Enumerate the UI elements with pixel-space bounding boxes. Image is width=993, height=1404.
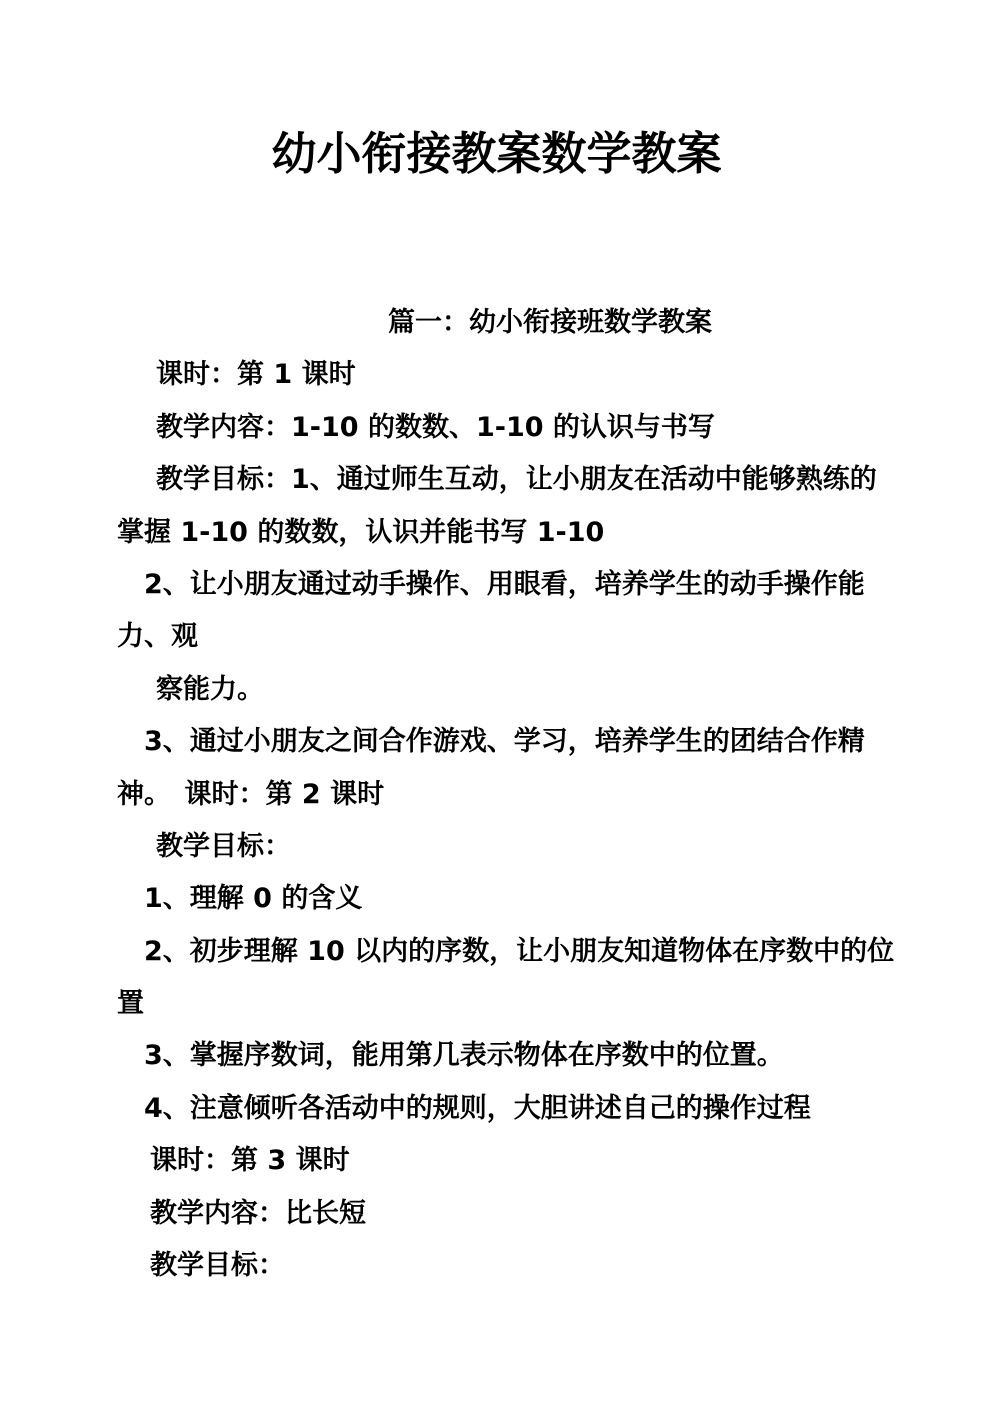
text-line: 教学目标： bbox=[117, 821, 927, 873]
text-line: 察能力。 bbox=[117, 664, 927, 716]
text-line: 教学目标： bbox=[117, 1240, 927, 1292]
document-page: 幼小衔接教案数学教案 篇一：幼小衔接班数学教案课时：第 1 课时教学内容：1-1… bbox=[0, 0, 993, 1404]
text-line: 3、通过小朋友之间合作游戏、学习，培养学生的团结合作精 bbox=[117, 716, 927, 768]
text-line: 教学内容：1-10 的数数、1-10 的认识与书写 bbox=[117, 402, 927, 454]
text-line: 教学内容：比长短 bbox=[117, 1188, 927, 1240]
text-line: 置 bbox=[117, 978, 927, 1030]
document-body: 篇一：幼小衔接班数学教案课时：第 1 课时教学内容：1-10 的数数、1-10 … bbox=[117, 297, 927, 1292]
text-line: 课时：第 3 课时 bbox=[117, 1135, 927, 1187]
text-line: 3、掌握序数词，能用第几表示物体在序数中的位置。 bbox=[117, 1030, 927, 1082]
text-line: 篇一：幼小衔接班数学教案 bbox=[117, 297, 927, 349]
text-line: 神。 课时：第 2 课时 bbox=[117, 769, 927, 821]
text-line: 教学目标：1、通过师生互动，让小朋友在活动中能够熟练的 bbox=[117, 454, 927, 506]
text-line: 1、理解 0 的含义 bbox=[117, 873, 927, 925]
text-line: 掌握 1-10 的数数，认识并能书写 1-10 bbox=[117, 507, 927, 559]
text-line: 4、注意倾听各活动中的规则，大胆讲述自己的操作过程 bbox=[117, 1083, 927, 1135]
text-line: 力、观 bbox=[117, 611, 927, 663]
document-title: 幼小衔接教案数学教案 bbox=[0, 126, 993, 182]
text-line: 课时：第 1 课时 bbox=[117, 349, 927, 401]
text-line: 2、初步理解 10 以内的序数，让小朋友知道物体在序数中的位 bbox=[117, 926, 927, 978]
text-line: 2、让小朋友通过动手操作、用眼看，培养学生的动手操作能 bbox=[117, 559, 927, 611]
